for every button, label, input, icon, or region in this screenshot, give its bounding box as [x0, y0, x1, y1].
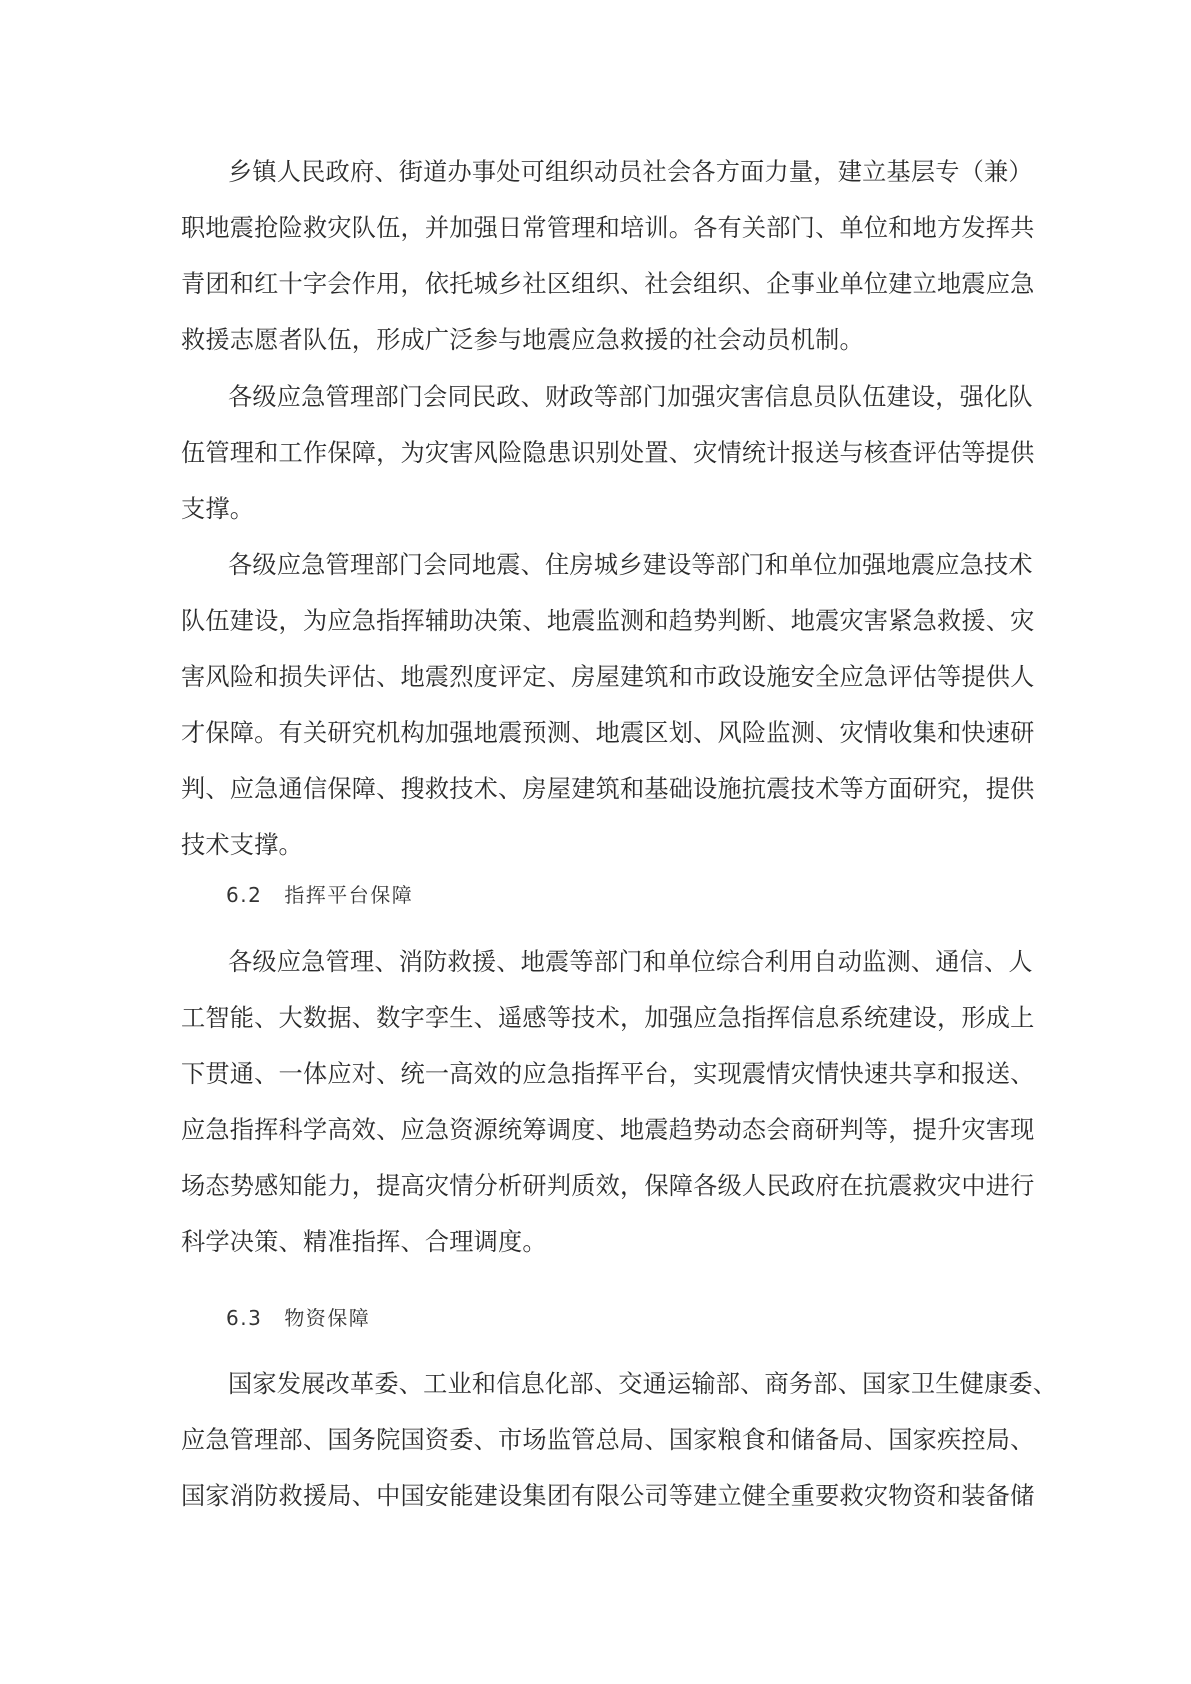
text-line: 工智能、大数据、数字孪生、遥感等技术，加强应急指挥信息系统建设，形成上	[181, 998, 1011, 1038]
text-line: 青团和红十字会作用，依托城乡社区组织、社会组织、企事业单位建立地震应急	[181, 264, 1011, 304]
text-line: 救援志愿者队伍，形成广泛参与地震应急救援的社会动员机制。	[181, 320, 1011, 360]
section-title: 物资保障	[284, 1306, 370, 1330]
text-line: 技术支撑。	[181, 825, 1011, 865]
section-heading-6-2: 6.2指挥平台保障	[226, 877, 413, 913]
text-line: 各级应急管理、消防救援、地震等部门和单位综合利用自动监测、通信、人	[228, 942, 1011, 982]
text-line: 应急指挥科学高效、应急资源统筹调度、地震趋势动态会商研判等，提升灾害现	[181, 1110, 1011, 1150]
text-line: 判、应急通信保障、搜救技术、房屋建筑和基础设施抗震技术等方面研究，提供	[181, 769, 1011, 809]
section-number: 6.3	[226, 1306, 262, 1330]
text-line: 科学决策、精准指挥、合理调度。	[181, 1222, 1011, 1262]
section-number: 6.2	[226, 883, 262, 907]
text-line: 才保障。有关研究机构加强地震预测、地震区划、风险监测、灾情收集和快速研	[181, 713, 1011, 753]
section-title: 指挥平台保障	[284, 883, 413, 907]
text-line: 各级应急管理部门会同地震、住房城乡建设等部门和单位加强地震应急技术	[228, 545, 1011, 585]
text-line: 各级应急管理部门会同民政、财政等部门加强灾害信息员队伍建设，强化队	[228, 377, 1011, 417]
text-line: 队伍建设，为应急指挥辅助决策、地震监测和趋势判断、地震灾害紧急救援、灾	[181, 601, 1011, 641]
text-line: 乡镇人民政府、街道办事处可组织动员社会各方面力量，建立基层专（兼）	[228, 152, 1011, 192]
text-line: 下贯通、一体应对、统一高效的应急指挥平台，实现震情灾情快速共享和报送、	[181, 1054, 1011, 1094]
text-line: 支撑。	[181, 489, 1011, 529]
text-line: 伍管理和工作保障，为灾害风险隐患识别处置、灾情统计报送与核查评估等提供	[181, 433, 1011, 473]
text-line: 国家消防救援局、中国安能建设集团有限公司等建立健全重要救灾物资和装备储	[181, 1476, 1011, 1516]
section-heading-6-3: 6.3物资保障	[226, 1300, 370, 1336]
document-page: 乡镇人民政府、街道办事处可组织动员社会各方面力量，建立基层专（兼） 职地震抢险救…	[0, 0, 1191, 1684]
text-line: 害风险和损失评估、地震烈度评定、房屋建筑和市政设施安全应急评估等提供人	[181, 657, 1011, 697]
text-line: 职地震抢险救灾队伍，并加强日常管理和培训。各有关部门、单位和地方发挥共	[181, 208, 1011, 248]
text-line: 国家发展改革委、工业和信息化部、交通运输部、商务部、国家卫生健康委、	[228, 1364, 1011, 1404]
text-line: 场态势感知能力，提高灾情分析研判质效，保障各级人民政府在抗震救灾中进行	[181, 1166, 1011, 1206]
text-line: 应急管理部、国务院国资委、市场监管总局、国家粮食和储备局、国家疾控局、	[181, 1420, 1011, 1460]
